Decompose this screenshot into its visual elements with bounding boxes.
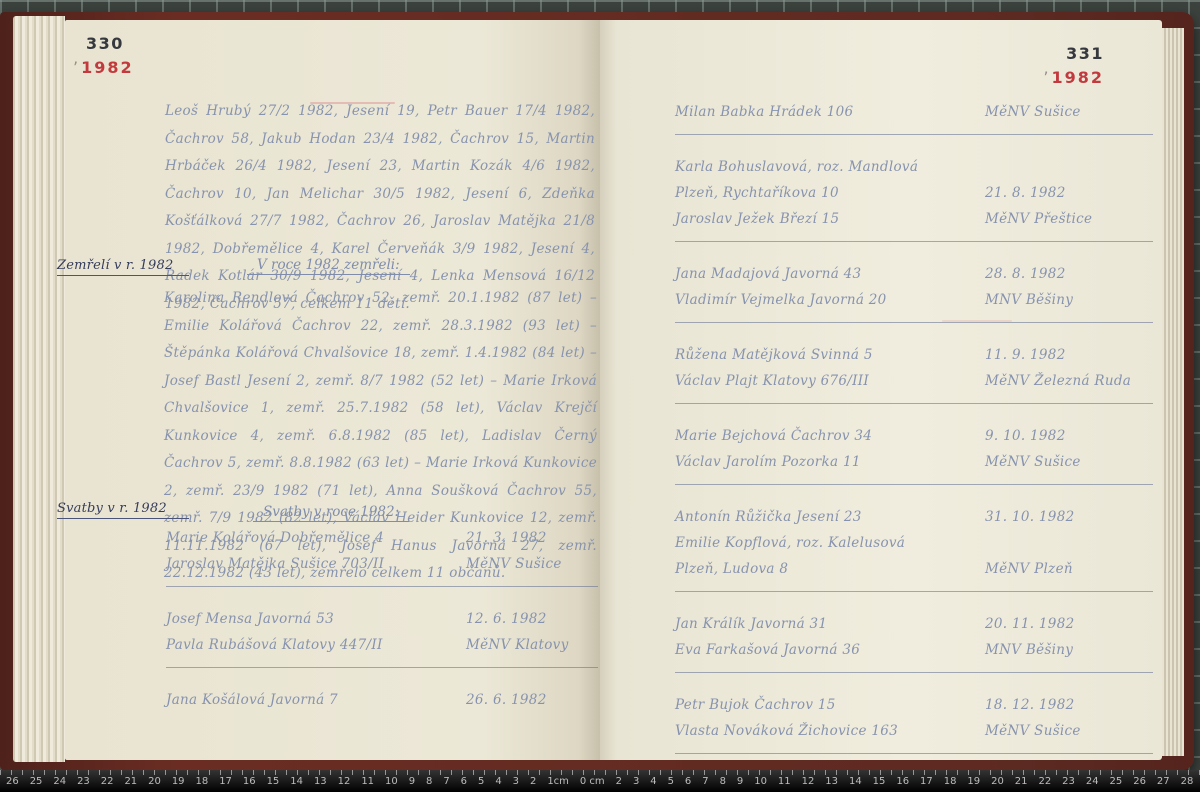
margin-note-weddings: Svatby v r. 1982 bbox=[57, 501, 189, 519]
person-name: Eva Farkašová Javorná 36 bbox=[675, 637, 985, 663]
date-or-office: 12. 6. 1982 bbox=[466, 606, 598, 632]
left-page: 330 1982 Leoš Hrubý 27/2 1982, Jesení 19… bbox=[65, 20, 600, 760]
couple-name: Jana Košálová Javorná 7 bbox=[166, 687, 466, 713]
person-name: Milan Babka Hrádek 106 bbox=[675, 99, 985, 125]
ruler-label: 9 bbox=[409, 776, 415, 787]
person-name: Vladimír Vejmelka Javorná 20 bbox=[675, 287, 985, 313]
ruler-label: 28 bbox=[1181, 776, 1194, 787]
person-name: Petr Bujok Čachrov 15 bbox=[675, 692, 985, 718]
register-entry: Antonín Růžička Jesení 23 31. 10. 1982 E… bbox=[675, 502, 1153, 592]
record-row: Petr Bujok Čachrov 15 18. 12. 1982 bbox=[675, 692, 1153, 718]
record-row: Marie Bejchová Čachrov 34 9. 10. 1982 bbox=[675, 423, 1153, 449]
person-name: Vlasta Nováková Žichovice 163 bbox=[675, 718, 985, 744]
person-name: Plzeň, Ludova 8 bbox=[675, 556, 985, 582]
person-name: Jaroslav Ježek Březí 15 bbox=[675, 206, 985, 232]
date-or-office: 21. 3. 1982 bbox=[466, 525, 598, 551]
register-entry: Jan Králík Javorná 31 20. 11. 1982 Eva F… bbox=[675, 609, 1153, 673]
register-entry: Milan Babka Hrádek 106 MěNV Sušice bbox=[675, 97, 1153, 135]
date-or-office: 11. 9. 1982 bbox=[985, 342, 1153, 368]
ruler-label: 7 bbox=[702, 776, 708, 787]
ruler-label: 7 bbox=[443, 776, 449, 787]
record-row: Vladimír Vejmelka Javorná 20 MNV Běšiny bbox=[675, 287, 1153, 313]
wedding-entry-rows: Jana Košálová Javorná 7 26. 6. 1982 bbox=[166, 687, 598, 713]
date-or-office: MěNV Sušice bbox=[985, 449, 1153, 475]
wedding-entry: Josef Mensa Javorná 53 12. 6. 1982 Pavla… bbox=[166, 604, 598, 668]
ruler-label: 22 bbox=[1038, 776, 1051, 787]
register-entry: Petr Bujok Čachrov 15 18. 12. 1982 Vlast… bbox=[675, 690, 1153, 754]
couple-name: Pavla Rubášová Klatovy 447/II bbox=[166, 632, 466, 658]
marriage-register-entries: Milan Babka Hrádek 106 MěNV Sušice Karla… bbox=[675, 97, 1153, 754]
record-row: Antonín Růžička Jesení 23 31. 10. 1982 bbox=[675, 504, 1153, 530]
ruler-label: 2 bbox=[530, 776, 536, 787]
record-row: Jaroslav Ježek Březí 15 MěNV Přeštice bbox=[675, 206, 1153, 232]
scanned-chronicle-photo: { "ruler": { "labels": ["26","25","24","… bbox=[0, 0, 1200, 792]
date-or-office: 20. 11. 1982 bbox=[985, 611, 1153, 637]
ruler-label: 19 bbox=[172, 776, 185, 787]
register-entry: Karla Bohuslavová, roz. Mandlová Plzeň, … bbox=[675, 152, 1153, 242]
register-entry-rows: Petr Bujok Čachrov 15 18. 12. 1982 Vlast… bbox=[675, 692, 1153, 744]
date-or-office: 28. 8. 1982 bbox=[985, 261, 1153, 287]
ruler-label: 21 bbox=[124, 776, 137, 787]
ruler-label: 10 bbox=[385, 776, 398, 787]
ruler-label: 24 bbox=[53, 776, 66, 787]
ruler-label: 24 bbox=[1086, 776, 1099, 787]
register-entry-rows: Jana Madajová Javorná 43 28. 8. 1982 Vla… bbox=[675, 261, 1153, 313]
date-or-office: MěNV Přeštice bbox=[985, 206, 1153, 232]
ruler-label: 27 bbox=[1157, 776, 1170, 787]
person-name: Marie Bejchová Čachrov 34 bbox=[675, 423, 985, 449]
register-entry-rows: Karla Bohuslavová, roz. Mandlová Plzeň, … bbox=[675, 154, 1153, 232]
ruler-label: 14 bbox=[290, 776, 303, 787]
ruler-label: 9 bbox=[737, 776, 743, 787]
weddings-heading: Svatby v roce 1982: bbox=[253, 504, 409, 522]
record-row: Růžena Matějková Svinná 5 11. 9. 1982 bbox=[675, 342, 1153, 368]
ruler-label: 4 bbox=[495, 776, 501, 787]
register-entry-rows: Antonín Růžička Jesení 23 31. 10. 1982 E… bbox=[675, 504, 1153, 582]
wedding-entry-rows: Josef Mensa Javorná 53 12. 6. 1982 Pavla… bbox=[166, 606, 598, 658]
right-page-number: 331 bbox=[1066, 44, 1104, 63]
date-or-office: MěNV Sušice bbox=[985, 718, 1153, 744]
date-or-office: 31. 10. 1982 bbox=[985, 504, 1153, 530]
ruler-label: 2 bbox=[616, 776, 622, 787]
ruler-label: 11 bbox=[778, 776, 791, 787]
register-entry: Jana Madajová Javorná 43 28. 8. 1982 Vla… bbox=[675, 259, 1153, 323]
person-name: Václav Plajt Klatovy 676/III bbox=[675, 368, 985, 394]
person-name: Václav Jarolím Pozorka 11 bbox=[675, 449, 985, 475]
record-row: Milan Babka Hrádek 106 MěNV Sušice bbox=[675, 99, 1153, 125]
record-row: Pavla Rubášová Klatovy 447/II MěNV Klato… bbox=[166, 632, 598, 658]
record-row: Karla Bohuslavová, roz. Mandlová bbox=[675, 154, 1153, 180]
ruler-label: 1cm bbox=[547, 776, 569, 787]
ruler-label: 3 bbox=[513, 776, 519, 787]
register-entry: Marie Bejchová Čachrov 34 9. 10. 1982 Vá… bbox=[675, 421, 1153, 485]
date-or-office: MěNV Plzeň bbox=[985, 556, 1153, 582]
ruler-label: 5 bbox=[668, 776, 674, 787]
ruler-label: 13 bbox=[314, 776, 327, 787]
date-or-office: MěNV Klatovy bbox=[466, 632, 598, 658]
ruler-label: 25 bbox=[30, 776, 43, 787]
wedding-entry: Marie Kolářová Dobřemělice 4 21. 3. 1982… bbox=[166, 523, 598, 587]
record-row: Emilie Kopflová, roz. Kalelusová bbox=[675, 530, 1153, 556]
register-entry-rows: Jan Králík Javorná 31 20. 11. 1982 Eva F… bbox=[675, 611, 1153, 663]
right-page: 331 1982 Milan Babka Hrádek 106 MěNV Suš… bbox=[600, 20, 1162, 760]
ruler-label: 17 bbox=[219, 776, 232, 787]
record-row: Vlasta Nováková Žichovice 163 MěNV Sušic… bbox=[675, 718, 1153, 744]
right-year-label: 1982 bbox=[1043, 68, 1104, 87]
ruler-label: 12 bbox=[338, 776, 351, 787]
person-name: Růžena Matějková Svinná 5 bbox=[675, 342, 985, 368]
date-or-office: MNV Běšiny bbox=[985, 637, 1153, 663]
ruler-label: 21 bbox=[1015, 776, 1028, 787]
date-or-office: MěNV Sušice bbox=[985, 99, 1153, 125]
record-row: Eva Farkašová Javorná 36 MNV Běšiny bbox=[675, 637, 1153, 663]
ruler-label: 26 bbox=[1133, 776, 1146, 787]
left-page-number: 330 bbox=[86, 34, 124, 53]
ruler-label: 20 bbox=[991, 776, 1004, 787]
register-entry-rows: Růžena Matějková Svinná 5 11. 9. 1982 Vá… bbox=[675, 342, 1153, 394]
record-row: Václav Jarolím Pozorka 11 MěNV Sušice bbox=[675, 449, 1153, 475]
ruler-label: 6 bbox=[685, 776, 691, 787]
record-row: Jana Košálová Javorná 7 26. 6. 1982 bbox=[166, 687, 598, 713]
ruler-label: 23 bbox=[1062, 776, 1075, 787]
ruler-label: 22 bbox=[101, 776, 114, 787]
margin-note-deaths: Zemřelí v r. 1982 bbox=[57, 258, 189, 276]
record-row: Jana Madajová Javorná 43 28. 8. 1982 bbox=[675, 261, 1153, 287]
register-entry-rows: Marie Bejchová Čachrov 34 9. 10. 1982 Vá… bbox=[675, 423, 1153, 475]
ruler-label: 23 bbox=[77, 776, 90, 787]
wedding-entries: Marie Kolářová Dobřemělice 4 21. 3. 1982… bbox=[166, 523, 598, 722]
date-or-office: 18. 12. 1982 bbox=[985, 692, 1153, 718]
record-row: Josef Mensa Javorná 53 12. 6. 1982 bbox=[166, 606, 598, 632]
record-row: Marie Kolářová Dobřemělice 4 21. 3. 1982 bbox=[166, 525, 598, 551]
ruler-label: 17 bbox=[920, 776, 933, 787]
record-row: Plzeň, Rychtaříkova 10 21. 8. 1982 bbox=[675, 180, 1153, 206]
scanner-ruler: 26 25 24 23 22 21 20 19 18 17 16 15 14 1… bbox=[0, 770, 1200, 792]
date-or-office: 9. 10. 1982 bbox=[985, 423, 1153, 449]
ruler-label: 12 bbox=[802, 776, 815, 787]
ruler-tick-marks bbox=[0, 770, 1200, 775]
ruler-label: 8 bbox=[720, 776, 726, 787]
ruler-label: 16 bbox=[896, 776, 909, 787]
date-or-office: MNV Běšiny bbox=[985, 287, 1153, 313]
book-cover: 330 1982 Leoš Hrubý 27/2 1982, Jesení 19… bbox=[0, 12, 1194, 770]
ruler-label: 15 bbox=[873, 776, 886, 787]
person-name: Antonín Růžička Jesení 23 bbox=[675, 504, 985, 530]
record-row: Jaroslav Matějka Sušice 703/II MěNV Suši… bbox=[166, 551, 598, 577]
left-year-label: 1982 bbox=[73, 58, 134, 77]
date-or-office: 26. 6. 1982 bbox=[466, 687, 598, 713]
record-row: Plzeň, Ludova 8 MěNV Plzeň bbox=[675, 556, 1153, 582]
ruler-label: 13 bbox=[825, 776, 838, 787]
couple-name: Josef Mensa Javorná 53 bbox=[166, 606, 466, 632]
person-name: Emilie Kopflová, roz. Kalelusová bbox=[675, 530, 985, 556]
ruler-label: 0 cm bbox=[580, 776, 605, 787]
ruler-label: 18 bbox=[944, 776, 957, 787]
ruler-label: 4 bbox=[650, 776, 656, 787]
register-entry: Růžena Matějková Svinná 5 11. 9. 1982 Vá… bbox=[675, 340, 1153, 404]
ruler-label: 5 bbox=[478, 776, 484, 787]
ruler-labels: 26 25 24 23 22 21 20 19 18 17 16 15 14 1… bbox=[6, 776, 1194, 787]
date-or-office: MěNV Sušice bbox=[466, 551, 598, 577]
ruler-label: 19 bbox=[967, 776, 980, 787]
person-name: Jana Madajová Javorná 43 bbox=[675, 261, 985, 287]
ruler-label: 3 bbox=[633, 776, 639, 787]
record-row: Václav Plajt Klatovy 676/III MěNV Železn… bbox=[675, 368, 1153, 394]
person-name: Karla Bohuslavová, roz. Mandlová bbox=[675, 154, 985, 180]
ruler-label: 8 bbox=[426, 776, 432, 787]
person-name: Jan Králík Javorná 31 bbox=[675, 611, 985, 637]
deaths-heading: V roce 1982 zemřeli: bbox=[247, 257, 410, 275]
person-name: Plzeň, Rychtaříkova 10 bbox=[675, 180, 985, 206]
ruler-label: 18 bbox=[196, 776, 209, 787]
ruler-label: 20 bbox=[148, 776, 161, 787]
ruler-label: 25 bbox=[1110, 776, 1123, 787]
ruler-label: 10 bbox=[754, 776, 767, 787]
register-entry-rows: Milan Babka Hrádek 106 MěNV Sušice bbox=[675, 99, 1153, 125]
couple-name: Marie Kolářová Dobřemělice 4 bbox=[166, 525, 466, 551]
ruler-label: 11 bbox=[361, 776, 374, 787]
couple-name: Jaroslav Matějka Sušice 703/II bbox=[166, 551, 466, 577]
ruler-label: 6 bbox=[461, 776, 467, 787]
date-or-office bbox=[985, 530, 1153, 556]
date-or-office bbox=[985, 154, 1153, 180]
right-page-edges bbox=[1162, 28, 1184, 756]
ruler-label: 16 bbox=[243, 776, 256, 787]
ruler-label: 15 bbox=[267, 776, 280, 787]
date-or-office: 21. 8. 1982 bbox=[985, 180, 1153, 206]
left-page-edges bbox=[13, 16, 65, 762]
wedding-entry: Jana Košálová Javorná 7 26. 6. 1982 bbox=[166, 685, 598, 722]
ruler-label: 26 bbox=[6, 776, 19, 787]
ruler-label: 14 bbox=[849, 776, 862, 787]
date-or-office: MěNV Železná Ruda bbox=[985, 368, 1153, 394]
wedding-entry-rows: Marie Kolářová Dobřemělice 4 21. 3. 1982… bbox=[166, 525, 598, 577]
record-row: Jan Králík Javorná 31 20. 11. 1982 bbox=[675, 611, 1153, 637]
